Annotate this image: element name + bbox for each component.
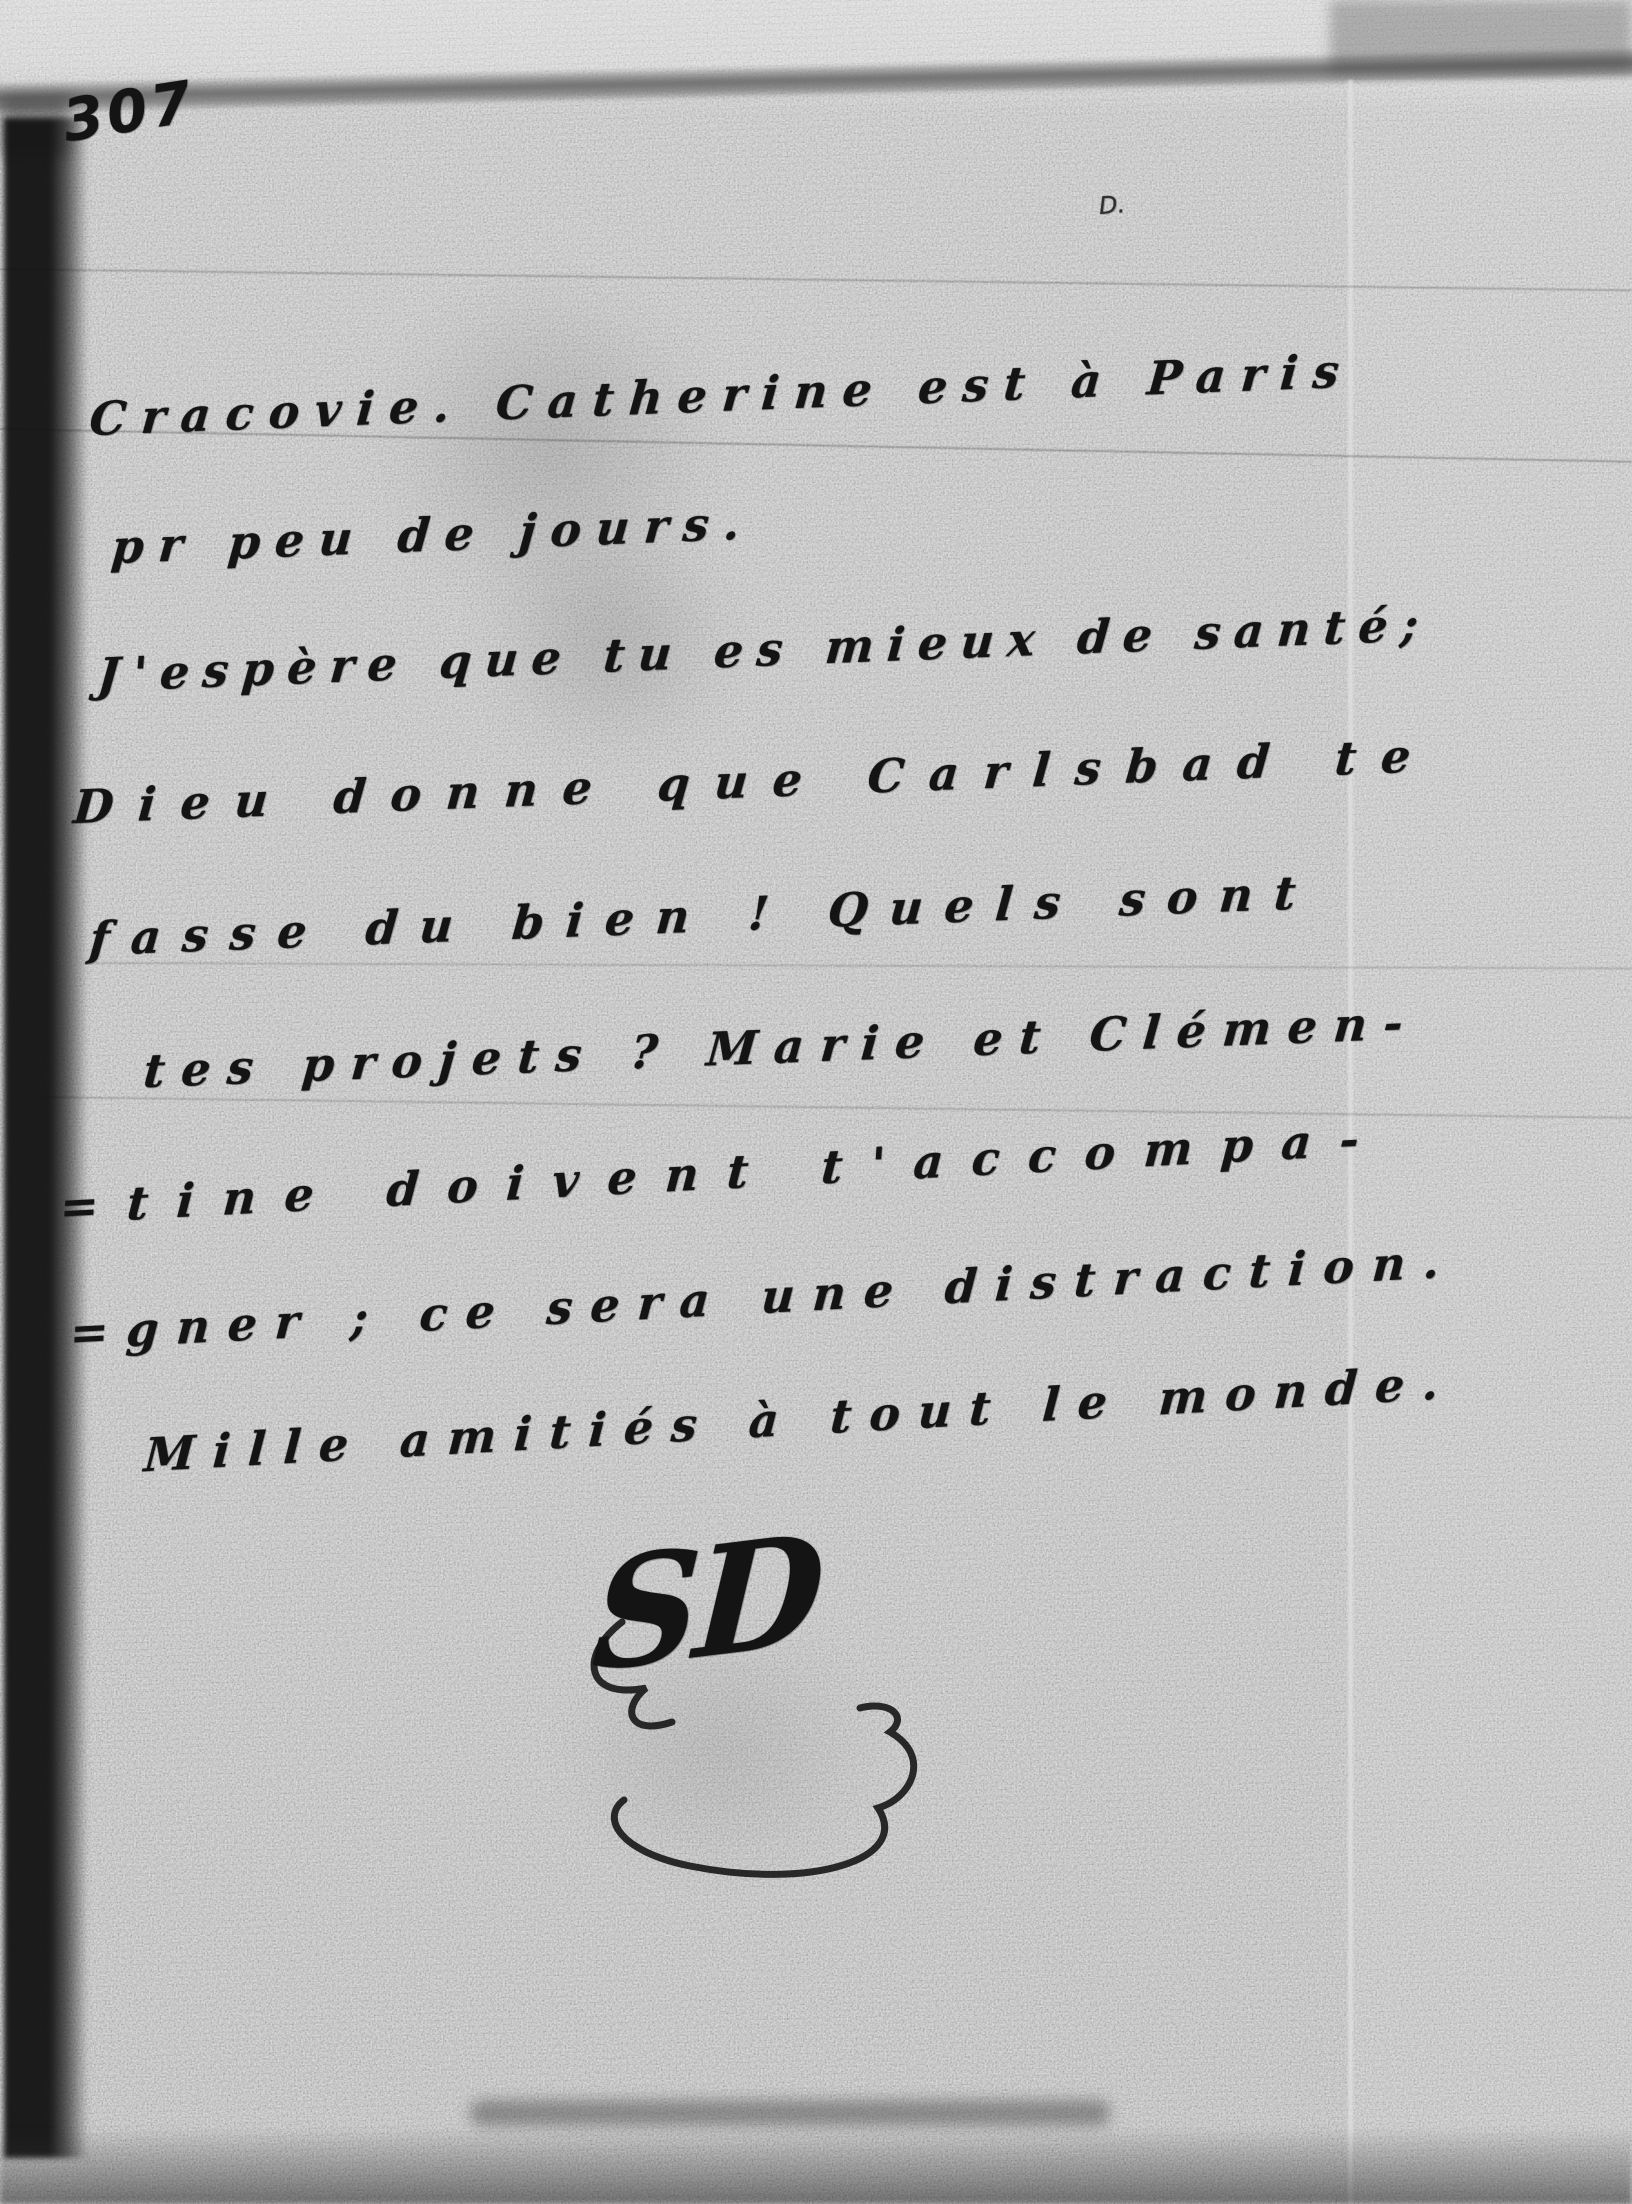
letter-scan-page: 307 D. Cracovie. Catherine est à Paris p… [0,0,1632,2204]
signature-initials: SD [589,1500,823,1706]
top-right-dark-corner [1330,0,1632,74]
folded-edge-column [1353,80,1632,2204]
book-gutter-shadow [4,118,88,2158]
stray-ink-mark: D. [1098,190,1126,220]
bottom-smudge [470,2100,1110,2126]
page-bottom-edge-shadow [0,2128,1632,2204]
